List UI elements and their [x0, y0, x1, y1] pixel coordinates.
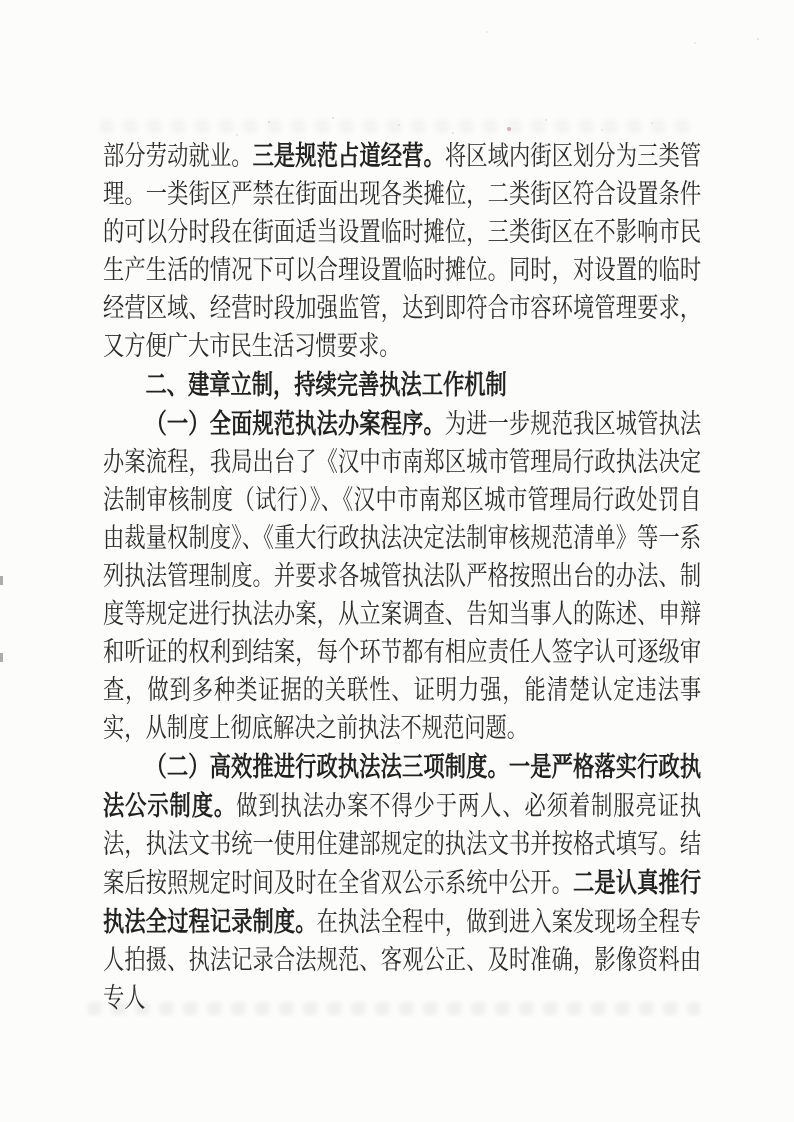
scan-speckle: [332, 117, 334, 119]
text-run: 部分劳动就业。: [103, 141, 253, 172]
scan-speckle: [694, 42, 696, 44]
document-page: 部分劳动就业。三是规范占道经营。将区域内街区划分为三类管理。一类街区严禁在街面出…: [0, 0, 794, 1122]
scan-speckle: [507, 127, 511, 131]
scan-speckle: [268, 121, 270, 123]
scan-speckle: [486, 31, 488, 33]
emphasis-run: （一）全面规范执法办案程序。: [145, 409, 444, 439]
scan-speckle: [651, 122, 653, 124]
text-run: 将区域内街区划分为三类管理。一类街区严禁在街面出现各类摊位，二类街区符合设置条件…: [103, 141, 701, 362]
emphasis-run: 二、建章立制，持续完善执法工作机制: [145, 370, 506, 400]
scan-speckle: [757, 38, 759, 40]
text-run: 为进一步规范我区城管执法办案流程，我局出台了《汉中市南郑区城市管理局行政执法决定…: [103, 409, 701, 744]
paragraph-standardize-case-procedures: （一）全面规范执法办案程序。为进一步规范我区城管执法办案流程，我局出台了《汉中市…: [103, 405, 701, 748]
scan-speckle: [452, 132, 454, 134]
section-heading-two: 二、建章立制，持续完善执法工作机制: [103, 366, 701, 405]
paragraph-three-enforcement-systems: （二）高效推进行政执法法三项制度。一是严格落实行政执法公示制度。做到执法办案不得…: [103, 748, 701, 1018]
scan-speckle: [545, 119, 547, 121]
scan-edge-mark: [0, 576, 3, 585]
document-body: 部分劳动就业。三是规范占道经营。将区域内街区划分为三类管理。一类街区严禁在街面出…: [103, 137, 701, 1018]
emphasis-run: 三是规范占道经营。: [253, 141, 445, 171]
scan-edge-mark: [0, 653, 3, 662]
scan-speckle: [601, 129, 603, 131]
scan-ghost-band-top: [100, 120, 698, 133]
paragraph-street-stall-management: 部分劳动就业。三是规范占道经营。将区域内街区划分为三类管理。一类街区严禁在街面出…: [103, 137, 701, 366]
scan-speckle: [236, 134, 238, 136]
scan-speckle: [398, 124, 400, 126]
